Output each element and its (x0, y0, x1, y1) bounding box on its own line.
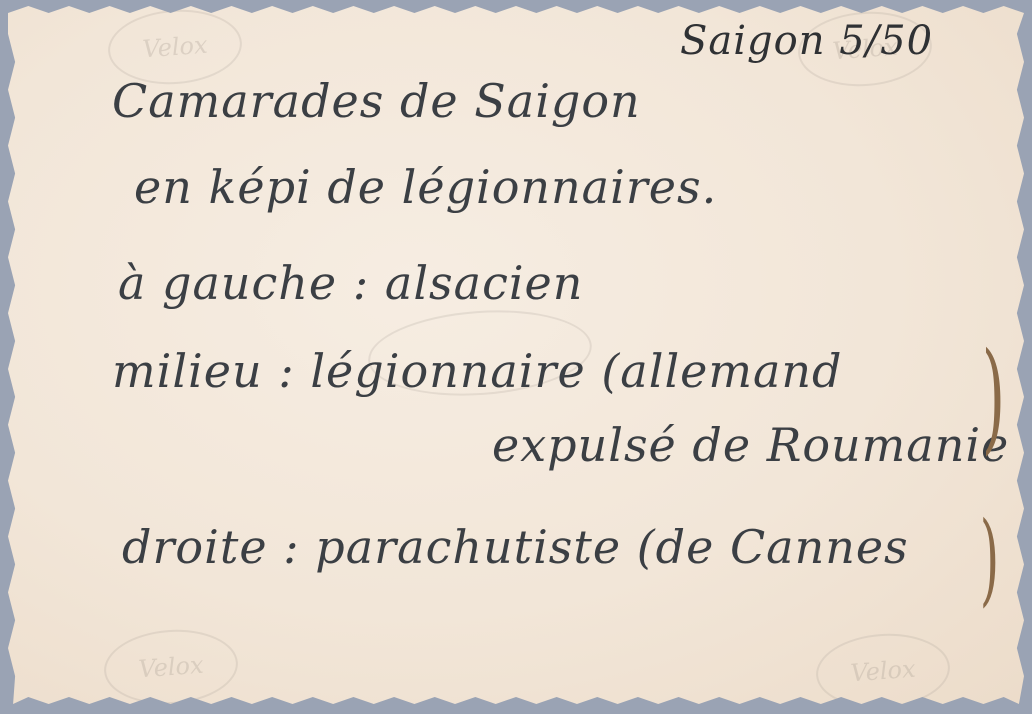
velox-watermark-bottom-left: Velox (102, 625, 241, 708)
watermark-text: Velox (142, 31, 209, 63)
inscription-line-3: à gauche : alsacien (118, 256, 583, 310)
inscription-line-1: Camarades de Saigon (112, 74, 641, 128)
closing-bracket-2: ) (980, 500, 1000, 617)
watermark-text: Velox (850, 655, 917, 687)
inscription-line-6: droite : parachutiste (de Cannes (122, 520, 909, 574)
watermark-text: Velox (138, 651, 205, 683)
velox-watermark-bottom-right: Velox (814, 629, 953, 712)
date-note: Saigon 5/50 (680, 18, 933, 64)
inscription-line-2: en képi de légionnaires. (134, 160, 717, 214)
inscription-line-5: expulsé de Roumanie (492, 418, 1009, 472)
inscription-line-4: milieu : légionnaire (allemand (112, 344, 843, 398)
closing-bracket-1: ) (982, 328, 1005, 467)
